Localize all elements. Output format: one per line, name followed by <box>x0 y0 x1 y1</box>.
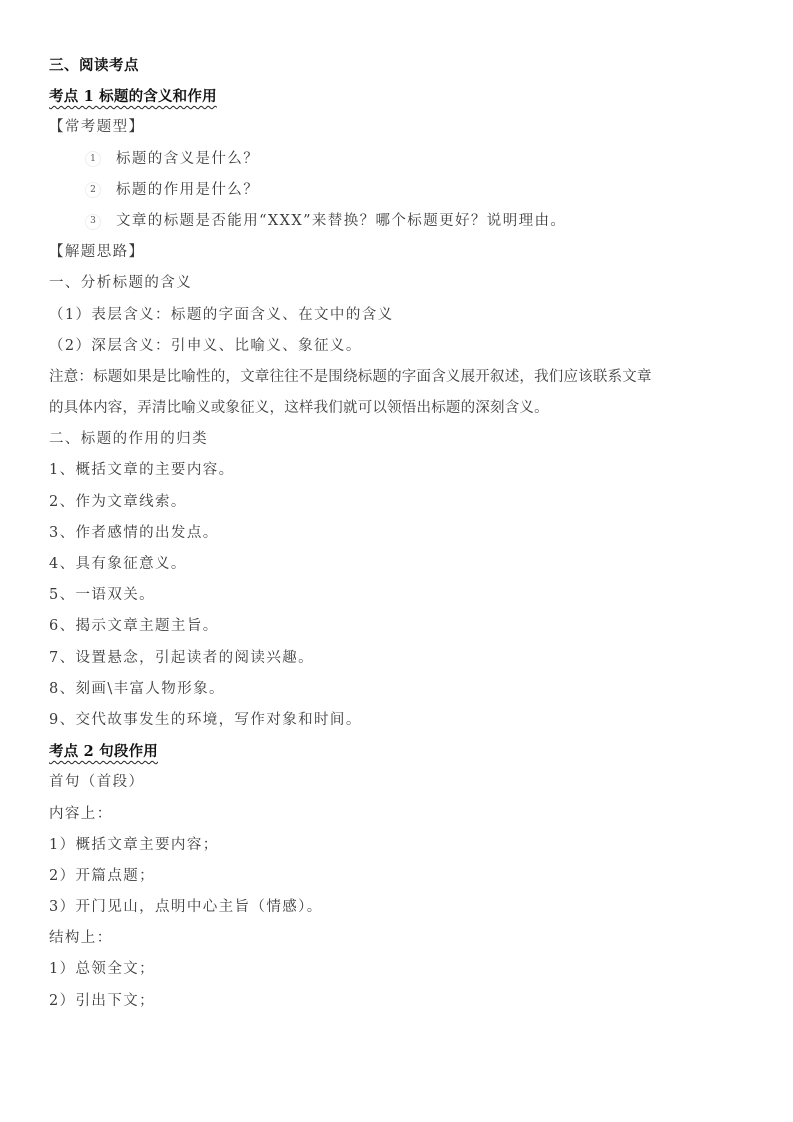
topic2-heading: 考点 2 句段作用 <box>49 736 749 767</box>
topic1-heading-text: 考点 1 标题的含义和作用 <box>49 88 217 105</box>
structure-item: 2）引出下文； <box>49 986 749 1017</box>
note-line-2: 的具体内容，弄清比喻义或象征义，这样我们就可以领悟出标题的深刻含义。 <box>49 393 749 424</box>
question-types-label: 【常考题型】 <box>49 112 749 143</box>
question-text: 标题的作用是什么？ <box>116 175 259 206</box>
circled-number-icon: 1 <box>85 151 101 167</box>
function-item: 3、作者感情的出发点。 <box>49 518 749 549</box>
first-sentence-label: 首句（首段） <box>49 767 749 798</box>
surface-meaning: （1）表层含义：标题的字面含义、在文中的含义 <box>49 300 749 331</box>
section-title: 三、阅读考点 <box>49 50 749 81</box>
structure-item: 1）总领全文； <box>49 954 749 985</box>
function-item: 9、交代故事发生的环境，写作对象和时间。 <box>49 705 749 736</box>
function-item: 7、设置悬念，引起读者的阅读兴趣。 <box>49 643 749 674</box>
circled-number-icon: 2 <box>85 182 101 198</box>
deep-meaning: （2）深层含义：引申义、比喻义、象征义。 <box>49 331 749 362</box>
function-item: 2、作为文章线索。 <box>49 487 749 518</box>
question-text: 标题的含义是什么？ <box>116 144 259 175</box>
document-page: 三、阅读考点 考点 1 标题的含义和作用 【常考题型】 1 标题的含义是什么？ … <box>49 50 749 1017</box>
part1-title: 一、分析标题的含义 <box>49 268 749 299</box>
question-item: 1 标题的含义是什么？ <box>49 144 749 175</box>
function-item: 1、概括文章的主要内容。 <box>49 455 749 486</box>
topic2-heading-text: 考点 2 句段作用 <box>49 743 158 760</box>
content-label: 内容上： <box>49 799 749 830</box>
content-item: 2）开篇点题； <box>49 861 749 892</box>
approach-label: 【解题思路】 <box>49 237 749 268</box>
function-item: 6、揭示文章主题主旨。 <box>49 611 749 642</box>
topic1-heading: 考点 1 标题的含义和作用 <box>49 81 749 112</box>
content-item: 3）开门见山，点明中心主旨（情感）。 <box>49 892 749 923</box>
content-item: 1）概括文章主要内容； <box>49 830 749 861</box>
question-text: 文章的标题是否能用“XXX”来替换？哪个标题更好？说明理由。 <box>116 206 566 237</box>
circled-number-icon: 3 <box>85 214 101 230</box>
function-item: 4、具有象征意义。 <box>49 549 749 580</box>
question-item: 3 文章的标题是否能用“XXX”来替换？哪个标题更好？说明理由。 <box>49 206 749 237</box>
note-line-1: 注意：标题如果是比喻性的，文章往往不是围绕标题的字面含义展开叙述，我们应该联系文… <box>49 362 749 393</box>
function-item: 8、刻画\丰富人物形象。 <box>49 674 749 705</box>
part2-title: 二、标题的作用的归类 <box>49 424 749 455</box>
question-item: 2 标题的作用是什么？ <box>49 175 749 206</box>
function-item: 5、一语双关。 <box>49 580 749 611</box>
structure-label: 结构上： <box>49 923 749 954</box>
